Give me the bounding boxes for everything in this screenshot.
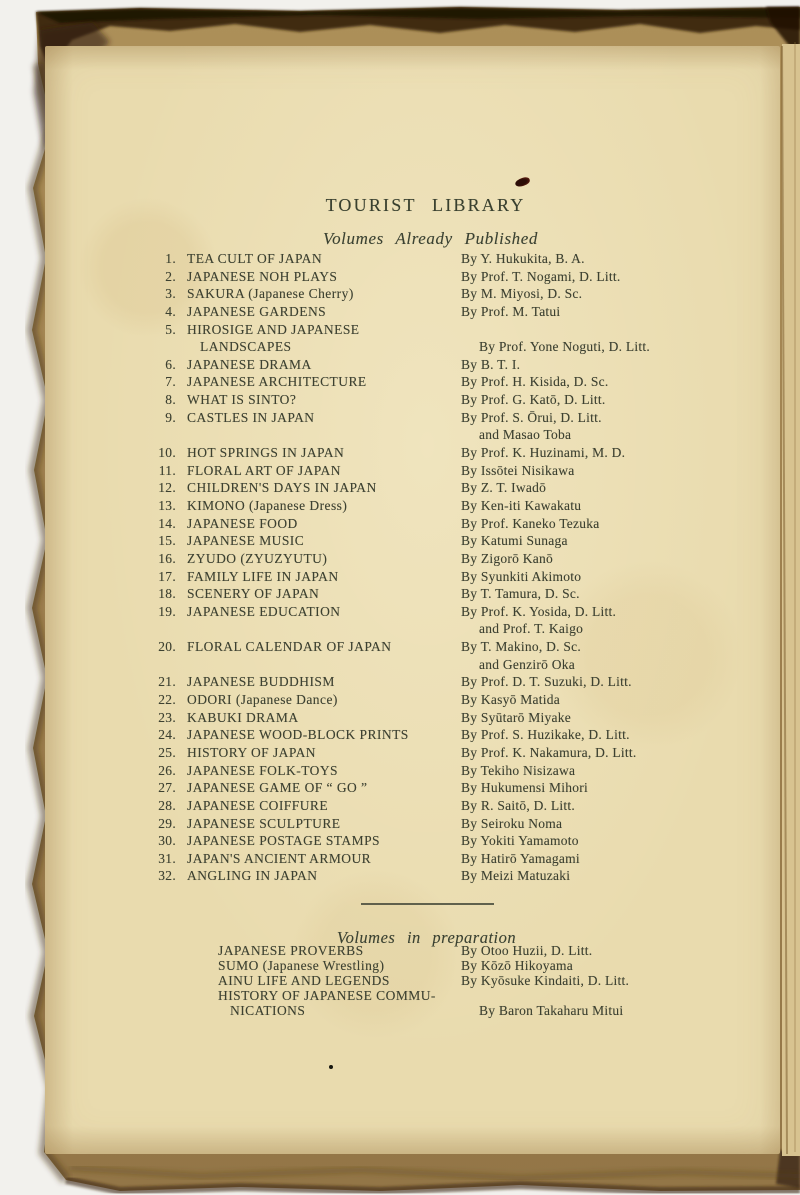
volume-author-line: By Z. T. Iwadō [461, 479, 546, 497]
volume-title: ODORI (Japanese Dance) [187, 691, 461, 709]
volume-title-line: JAPANESE BUDDHISM [187, 673, 461, 691]
volume-title-line: JAPANESE MUSIC [187, 532, 461, 550]
volume-number: 8. [45, 391, 176, 409]
volume-title: JAPANESE ARCHITECTURE [187, 373, 461, 391]
volume-number: 18. [45, 585, 176, 603]
volume-author-line: By Hatirō Yamagami [461, 850, 580, 868]
volume-title-line: JAPANESE GAME OF “ GO ” [187, 779, 461, 797]
volume-number: 3. [45, 285, 176, 303]
volume-row: 24.JAPANESE WOOD-BLOCK PRINTSBy Prof. S.… [45, 726, 650, 744]
volume-row: 10.HOT SPRINGS IN JAPANBy Prof. K. Huzin… [45, 444, 650, 462]
volume-number: 13. [45, 497, 176, 515]
volume-author-line: By T. Tamura, D. Sc. [461, 585, 580, 603]
volume-author: By Prof. T. Nogami, D. Litt. [461, 268, 621, 286]
volume-author-line: By Kyōsuke Kindaiti, D. Litt. [461, 973, 629, 988]
page: TOURIST LIBRARY Volumes Already Publishe… [45, 46, 780, 1154]
volume-number: 24. [45, 726, 176, 744]
volume-row: 27.JAPANESE GAME OF “ GO ”By Hukumensi M… [45, 779, 650, 797]
volume-title: JAPANESE EDUCATION [187, 603, 461, 621]
volume-author-line: By Prof. Kaneko Tezuka [461, 515, 600, 533]
volume-author: By T. Makino, D. Sc.and Genzirō Oka [461, 638, 581, 673]
volume-title-line: CASTLES IN JAPAN [187, 409, 461, 427]
volume-author-line: By Prof. H. Kisida, D. Sc. [461, 373, 609, 391]
volume-title: JAPANESE NOH PLAYS [187, 268, 461, 286]
volume-author-line: By Seiroku Noma [461, 815, 562, 833]
volume-author-line: By Hukumensi Mihori [461, 779, 588, 797]
volume-title: JAPANESE POSTAGE STAMPS [187, 832, 461, 850]
volume-title: JAPANESE MUSIC [187, 532, 461, 550]
volume-title-line: HOT SPRINGS IN JAPAN [187, 444, 461, 462]
volume-author-line: By Y. Hukukita, B. A. [461, 250, 585, 268]
volume-title: JAPANESE SCULPTURE [187, 815, 461, 833]
volume-row: 23.KABUKI DRAMABy Syūtarō Miyake [45, 709, 650, 727]
volume-title: HIROSIGE AND JAPANESELANDSCAPES [187, 321, 461, 356]
volume-title-line: JAPANESE PROVERBS [218, 943, 461, 958]
volume-title: JAPANESE FOLK-TOYS [187, 762, 461, 780]
volume-number: 1. [45, 250, 176, 268]
volume-title: SAKURA (Japanese Cherry) [187, 285, 461, 303]
volume-title-line: JAPANESE EDUCATION [187, 603, 461, 621]
volume-title-line: LANDSCAPES [187, 338, 461, 356]
volume-author-line: By Kasyō Matida [461, 691, 560, 709]
volume-row: 12.CHILDREN'S DAYS IN JAPANBy Z. T. Iwad… [45, 479, 650, 497]
volume-title-line: JAPANESE DRAMA [187, 356, 461, 374]
volume-author: By Katumi Sunaga [461, 532, 568, 550]
volume-number: 9. [45, 409, 176, 427]
volume-author-line: By Prof. K. Yosida, D. Litt. [461, 603, 616, 621]
section-divider [361, 903, 494, 905]
volume-title: JAPANESE BUDDHISM [187, 673, 461, 691]
volume-author: By Prof. K. Yosida, D. Litt.and Prof. T.… [461, 603, 616, 638]
volume-author: By Otoo Huzii, D. Litt. [461, 943, 592, 958]
volume-author: By Prof. K. Nakamura, D. Litt. [461, 744, 636, 762]
volume-author: By Syūtarō Miyake [461, 709, 571, 727]
volume-author: By Prof. S. Ōrui, D. Litt.and Masao Toba [461, 409, 602, 444]
volume-title-line: JAPANESE POSTAGE STAMPS [187, 832, 461, 850]
volume-row: 11.FLORAL ART OF JAPANBy Issōtei Nisikaw… [45, 462, 650, 480]
volume-title: JAPANESE FOOD [187, 515, 461, 533]
volume-author: By Kōzō Hikoyama [461, 958, 573, 973]
volume-row: 8.WHAT IS SINTO?By Prof. G. Katō, D. Lit… [45, 391, 650, 409]
volume-author: By Ken-iti Kawakatu [461, 497, 581, 515]
volume-author: By Prof. G. Katō, D. Litt. [461, 391, 606, 409]
volume-title: JAPAN'S ANCIENT ARMOUR [187, 850, 461, 868]
ink-dot [329, 1065, 333, 1069]
volume-row: 17.FAMILY LIFE IN JAPANBy Syunkiti Akimo… [45, 568, 650, 586]
volume-row: 3.SAKURA (Japanese Cherry)By M. Miyosi, … [45, 285, 650, 303]
volume-row: 2.JAPANESE NOH PLAYSBy Prof. T. Nogami, … [45, 268, 650, 286]
volume-title-line: TEA CULT OF JAPAN [187, 250, 461, 268]
volume-number: 21. [45, 673, 176, 691]
volume-row: 9.CASTLES IN JAPANBy Prof. S. Ōrui, D. L… [45, 409, 650, 444]
volume-author-line: By Ken-iti Kawakatu [461, 497, 581, 515]
volume-author-line: By Prof. Yone Noguti, D. Litt. [461, 338, 650, 356]
volume-title-line: HISTORY OF JAPAN [187, 744, 461, 762]
volume-title-line: FLORAL CALENDAR OF JAPAN [187, 638, 461, 656]
volume-title: AINU LIFE AND LEGENDS [218, 973, 461, 988]
volume-author-line: and Genzirō Oka [461, 656, 581, 674]
volume-title-line: JAPANESE ARCHITECTURE [187, 373, 461, 391]
volume-row: 5.HIROSIGE AND JAPANESELANDSCAPESBy Prof… [45, 321, 650, 356]
volume-author-line: By Prof. K. Huzinami, M. D. [461, 444, 625, 462]
volume-title: HISTORY OF JAPAN [187, 744, 461, 762]
volume-author-line [461, 321, 650, 339]
volume-author-line: By Prof. M. Tatui [461, 303, 560, 321]
volume-row: HISTORY OF JAPANESE COMMU-NICATIONSBy Ba… [45, 988, 629, 1018]
volume-number: 23. [45, 709, 176, 727]
volume-title: JAPANESE GARDENS [187, 303, 461, 321]
volume-author-line: By M. Miyosi, D. Sc. [461, 285, 582, 303]
volume-row: SUMO (Japanese Wrestling)By Kōzō Hikoyam… [45, 958, 629, 973]
volume-title: TEA CULT OF JAPAN [187, 250, 461, 268]
volume-author-line: By Yokiti Yamamoto [461, 832, 579, 850]
volume-author: By Hatirō Yamagami [461, 850, 580, 868]
volume-author: By Z. T. Iwadō [461, 479, 546, 497]
volume-title: JAPANESE GAME OF “ GO ” [187, 779, 461, 797]
volume-row: 28.JAPANESE COIFFUREBy R. Saitō, D. Litt… [45, 797, 650, 815]
volume-author: By Kasyō Matida [461, 691, 560, 709]
volume-row: 30.JAPANESE POSTAGE STAMPSBy Yokiti Yama… [45, 832, 650, 850]
volume-author-line: By Syūtarō Miyake [461, 709, 571, 727]
volume-number: 27. [45, 779, 176, 797]
volume-title-line: HIROSIGE AND JAPANESE [187, 321, 461, 339]
volume-number: 11. [45, 462, 176, 480]
volume-title: KABUKI DRAMA [187, 709, 461, 727]
volume-author-line: By Prof. S. Huzikake, D. Litt. [461, 726, 630, 744]
volume-row: 13.KIMONO (Japanese Dress)By Ken-iti Kaw… [45, 497, 650, 515]
volume-title: ZYUDO (ZYUZYUTU) [187, 550, 461, 568]
volume-title-line: JAPANESE SCULPTURE [187, 815, 461, 833]
volume-author-line: By Prof. K. Nakamura, D. Litt. [461, 744, 636, 762]
volume-row: 29.JAPANESE SCULPTUREBy Seiroku Noma [45, 815, 650, 833]
volume-number: 12. [45, 479, 176, 497]
volume-title-line: JAPANESE FOOD [187, 515, 461, 533]
volume-author: By R. Saitō, D. Litt. [461, 797, 575, 815]
volume-title-line: JAPANESE NOH PLAYS [187, 268, 461, 286]
volume-title-line: JAPANESE GARDENS [187, 303, 461, 321]
volume-row: 32.ANGLING IN JAPANBy Meizi Matuzaki [45, 867, 650, 885]
volume-title-line: NICATIONS [218, 1003, 461, 1018]
volume-author: By T. Tamura, D. Sc. [461, 585, 580, 603]
volume-title: CASTLES IN JAPAN [187, 409, 461, 427]
volume-author: By Y. Hukukita, B. A. [461, 250, 585, 268]
volume-author: By Baron Takaharu Mitui [461, 988, 623, 1018]
volume-author-line: By B. T. I. [461, 356, 520, 374]
volume-author: By Prof. H. Kisida, D. Sc. [461, 373, 609, 391]
volume-row: AINU LIFE AND LEGENDSBy Kyōsuke Kindaiti… [45, 973, 629, 988]
volume-author: By Yokiti Yamamoto [461, 832, 579, 850]
volume-title: KIMONO (Japanese Dress) [187, 497, 461, 515]
volume-number: 19. [45, 603, 176, 621]
volume-author: By Prof. S. Huzikake, D. Litt. [461, 726, 630, 744]
volume-row: 16.ZYUDO (ZYUZYUTU)By Zigorō Kanō [45, 550, 650, 568]
volume-title-line: FLORAL ART OF JAPAN [187, 462, 461, 480]
volume-title: JAPANESE COIFFURE [187, 797, 461, 815]
volume-title-line: AINU LIFE AND LEGENDS [218, 973, 461, 988]
volume-title-line: ANGLING IN JAPAN [187, 867, 461, 885]
volume-row: 7.JAPANESE ARCHITECTUREBy Prof. H. Kisid… [45, 373, 650, 391]
volume-title: SUMO (Japanese Wrestling) [218, 958, 461, 973]
volume-number: 22. [45, 691, 176, 709]
volume-author: By Meizi Matuzaki [461, 867, 570, 885]
volume-author: By Prof. Kaneko Tezuka [461, 515, 600, 533]
volume-author-line: By Katumi Sunaga [461, 532, 568, 550]
volume-row: 4.JAPANESE GARDENSBy Prof. M. Tatui [45, 303, 650, 321]
volume-title-line: FAMILY LIFE IN JAPAN [187, 568, 461, 586]
volume-title-line: JAPANESE FOLK-TOYS [187, 762, 461, 780]
volume-title-line: HISTORY OF JAPANESE COMMU- [218, 988, 461, 1003]
volume-title-line: JAPANESE WOOD-BLOCK PRINTS [187, 726, 461, 744]
volume-number: 2. [45, 268, 176, 286]
volume-title-line: SAKURA (Japanese Cherry) [187, 285, 461, 303]
volume-title-line: KABUKI DRAMA [187, 709, 461, 727]
volume-title-line: SUMO (Japanese Wrestling) [218, 958, 461, 973]
volume-title: FLORAL ART OF JAPAN [187, 462, 461, 480]
volume-row: 21.JAPANESE BUDDHISMBy Prof. D. T. Suzuk… [45, 673, 650, 691]
volume-title: CHILDREN'S DAYS IN JAPAN [187, 479, 461, 497]
volume-number: 25. [45, 744, 176, 762]
volume-title-line: WHAT IS SINTO? [187, 391, 461, 409]
volume-author-line: By Kōzō Hikoyama [461, 958, 573, 973]
preparation-volumes-list: JAPANESE PROVERBSBy Otoo Huzii, D. Litt.… [45, 943, 629, 1018]
volume-title: FLORAL CALENDAR OF JAPAN [187, 638, 461, 656]
volume-row: 25.HISTORY OF JAPANBy Prof. K. Nakamura,… [45, 744, 650, 762]
volume-author: By Tekiho Nisizawa [461, 762, 575, 780]
volume-number: 17. [45, 568, 176, 586]
volume-author: By Syunkiti Akimoto [461, 568, 581, 586]
volume-row: 14.JAPANESE FOODBy Prof. Kaneko Tezuka [45, 515, 650, 533]
published-volumes-list: 1.TEA CULT OF JAPANBy Y. Hukukita, B. A.… [45, 250, 650, 885]
book-page-scan: TOURIST LIBRARY Volumes Already Publishe… [0, 0, 800, 1195]
volume-row: 6.JAPANESE DRAMABy B. T. I. [45, 356, 650, 374]
volume-author-line: By Syunkiti Akimoto [461, 568, 581, 586]
volume-author-line: By Prof. S. Ōrui, D. Litt. [461, 409, 602, 427]
volume-number: 15. [45, 532, 176, 550]
volume-author: By Prof. K. Huzinami, M. D. [461, 444, 625, 462]
volume-title: ANGLING IN JAPAN [187, 867, 461, 885]
volume-title-line: SCENERY OF JAPAN [187, 585, 461, 603]
volume-author-line: By Otoo Huzii, D. Litt. [461, 943, 592, 958]
volume-title: JAPANESE WOOD-BLOCK PRINTS [187, 726, 461, 744]
volume-author-line: By Zigorō Kanō [461, 550, 553, 568]
volume-title: FAMILY LIFE IN JAPAN [187, 568, 461, 586]
volume-author: By Prof. M. Tatui [461, 303, 560, 321]
volume-author-line: and Prof. T. Kaigo [461, 620, 616, 638]
volume-number: 32. [45, 867, 176, 885]
volume-title-line: ODORI (Japanese Dance) [187, 691, 461, 709]
volume-number: 30. [45, 832, 176, 850]
volume-author: By Prof. Yone Noguti, D. Litt. [461, 321, 650, 356]
volume-author-line: By T. Makino, D. Sc. [461, 638, 581, 656]
volume-author-line [461, 988, 623, 1003]
volume-number: 20. [45, 638, 176, 656]
volume-row: 20.FLORAL CALENDAR OF JAPANBy T. Makino,… [45, 638, 650, 673]
volume-number: 7. [45, 373, 176, 391]
volume-row: 18.SCENERY OF JAPANBy T. Tamura, D. Sc. [45, 585, 650, 603]
volume-row: 31.JAPAN'S ANCIENT ARMOURBy Hatirō Yamag… [45, 850, 650, 868]
volume-author-line: By Issōtei Nisikawa [461, 462, 575, 480]
volume-title: SCENERY OF JAPAN [187, 585, 461, 603]
volume-title-line: JAPANESE COIFFURE [187, 797, 461, 815]
volume-author-line: By Prof. G. Katō, D. Litt. [461, 391, 606, 409]
volume-title: WHAT IS SINTO? [187, 391, 461, 409]
volume-author-line: By Prof. T. Nogami, D. Litt. [461, 268, 621, 286]
volume-author: By Kyōsuke Kindaiti, D. Litt. [461, 973, 629, 988]
volume-number: 5. [45, 321, 176, 339]
volume-number: 28. [45, 797, 176, 815]
volume-title: HISTORY OF JAPANESE COMMU-NICATIONS [218, 988, 461, 1018]
volume-title: JAPANESE DRAMA [187, 356, 461, 374]
volume-number: 31. [45, 850, 176, 868]
volume-title-line: CHILDREN'S DAYS IN JAPAN [187, 479, 461, 497]
volume-author-line: By Baron Takaharu Mitui [461, 1003, 623, 1018]
volume-author-line: By Tekiho Nisizawa [461, 762, 575, 780]
volume-title: HOT SPRINGS IN JAPAN [187, 444, 461, 462]
volume-author: By M. Miyosi, D. Sc. [461, 285, 582, 303]
page-title: TOURIST LIBRARY [58, 195, 793, 216]
volume-title-line: KIMONO (Japanese Dress) [187, 497, 461, 515]
volume-title: JAPANESE PROVERBS [218, 943, 461, 958]
volume-author-line: By R. Saitō, D. Litt. [461, 797, 575, 815]
ink-smudge [514, 176, 531, 188]
volume-author-line: By Meizi Matuzaki [461, 867, 570, 885]
volume-author-line: By Prof. D. T. Suzuki, D. Litt. [461, 673, 632, 691]
volume-title-line: JAPAN'S ANCIENT ARMOUR [187, 850, 461, 868]
volume-number: 16. [45, 550, 176, 568]
volume-number: 29. [45, 815, 176, 833]
volume-number: 14. [45, 515, 176, 533]
published-section-heading: Volumes Already Published [63, 229, 798, 249]
volume-author: By Issōtei Nisikawa [461, 462, 575, 480]
volume-author: By Hukumensi Mihori [461, 779, 588, 797]
volume-number: 6. [45, 356, 176, 374]
volume-row: JAPANESE PROVERBSBy Otoo Huzii, D. Litt. [45, 943, 629, 958]
volume-number: 26. [45, 762, 176, 780]
volume-number: 10. [45, 444, 176, 462]
volume-number: 4. [45, 303, 176, 321]
volume-row: 15.JAPANESE MUSICBy Katumi Sunaga [45, 532, 650, 550]
volume-author: By Seiroku Noma [461, 815, 562, 833]
volume-title-line: ZYUDO (ZYUZYUTU) [187, 550, 461, 568]
volume-row: 19.JAPANESE EDUCATIONBy Prof. K. Yosida,… [45, 603, 650, 638]
volume-author: By Zigorō Kanō [461, 550, 553, 568]
volume-row: 1.TEA CULT OF JAPANBy Y. Hukukita, B. A. [45, 250, 650, 268]
volume-author-line: and Masao Toba [461, 426, 602, 444]
volume-row: 26.JAPANESE FOLK-TOYSBy Tekiho Nisizawa [45, 762, 650, 780]
volume-author: By B. T. I. [461, 356, 520, 374]
volume-row: 22.ODORI (Japanese Dance)By Kasyō Matida [45, 691, 650, 709]
volume-author: By Prof. D. T. Suzuki, D. Litt. [461, 673, 632, 691]
